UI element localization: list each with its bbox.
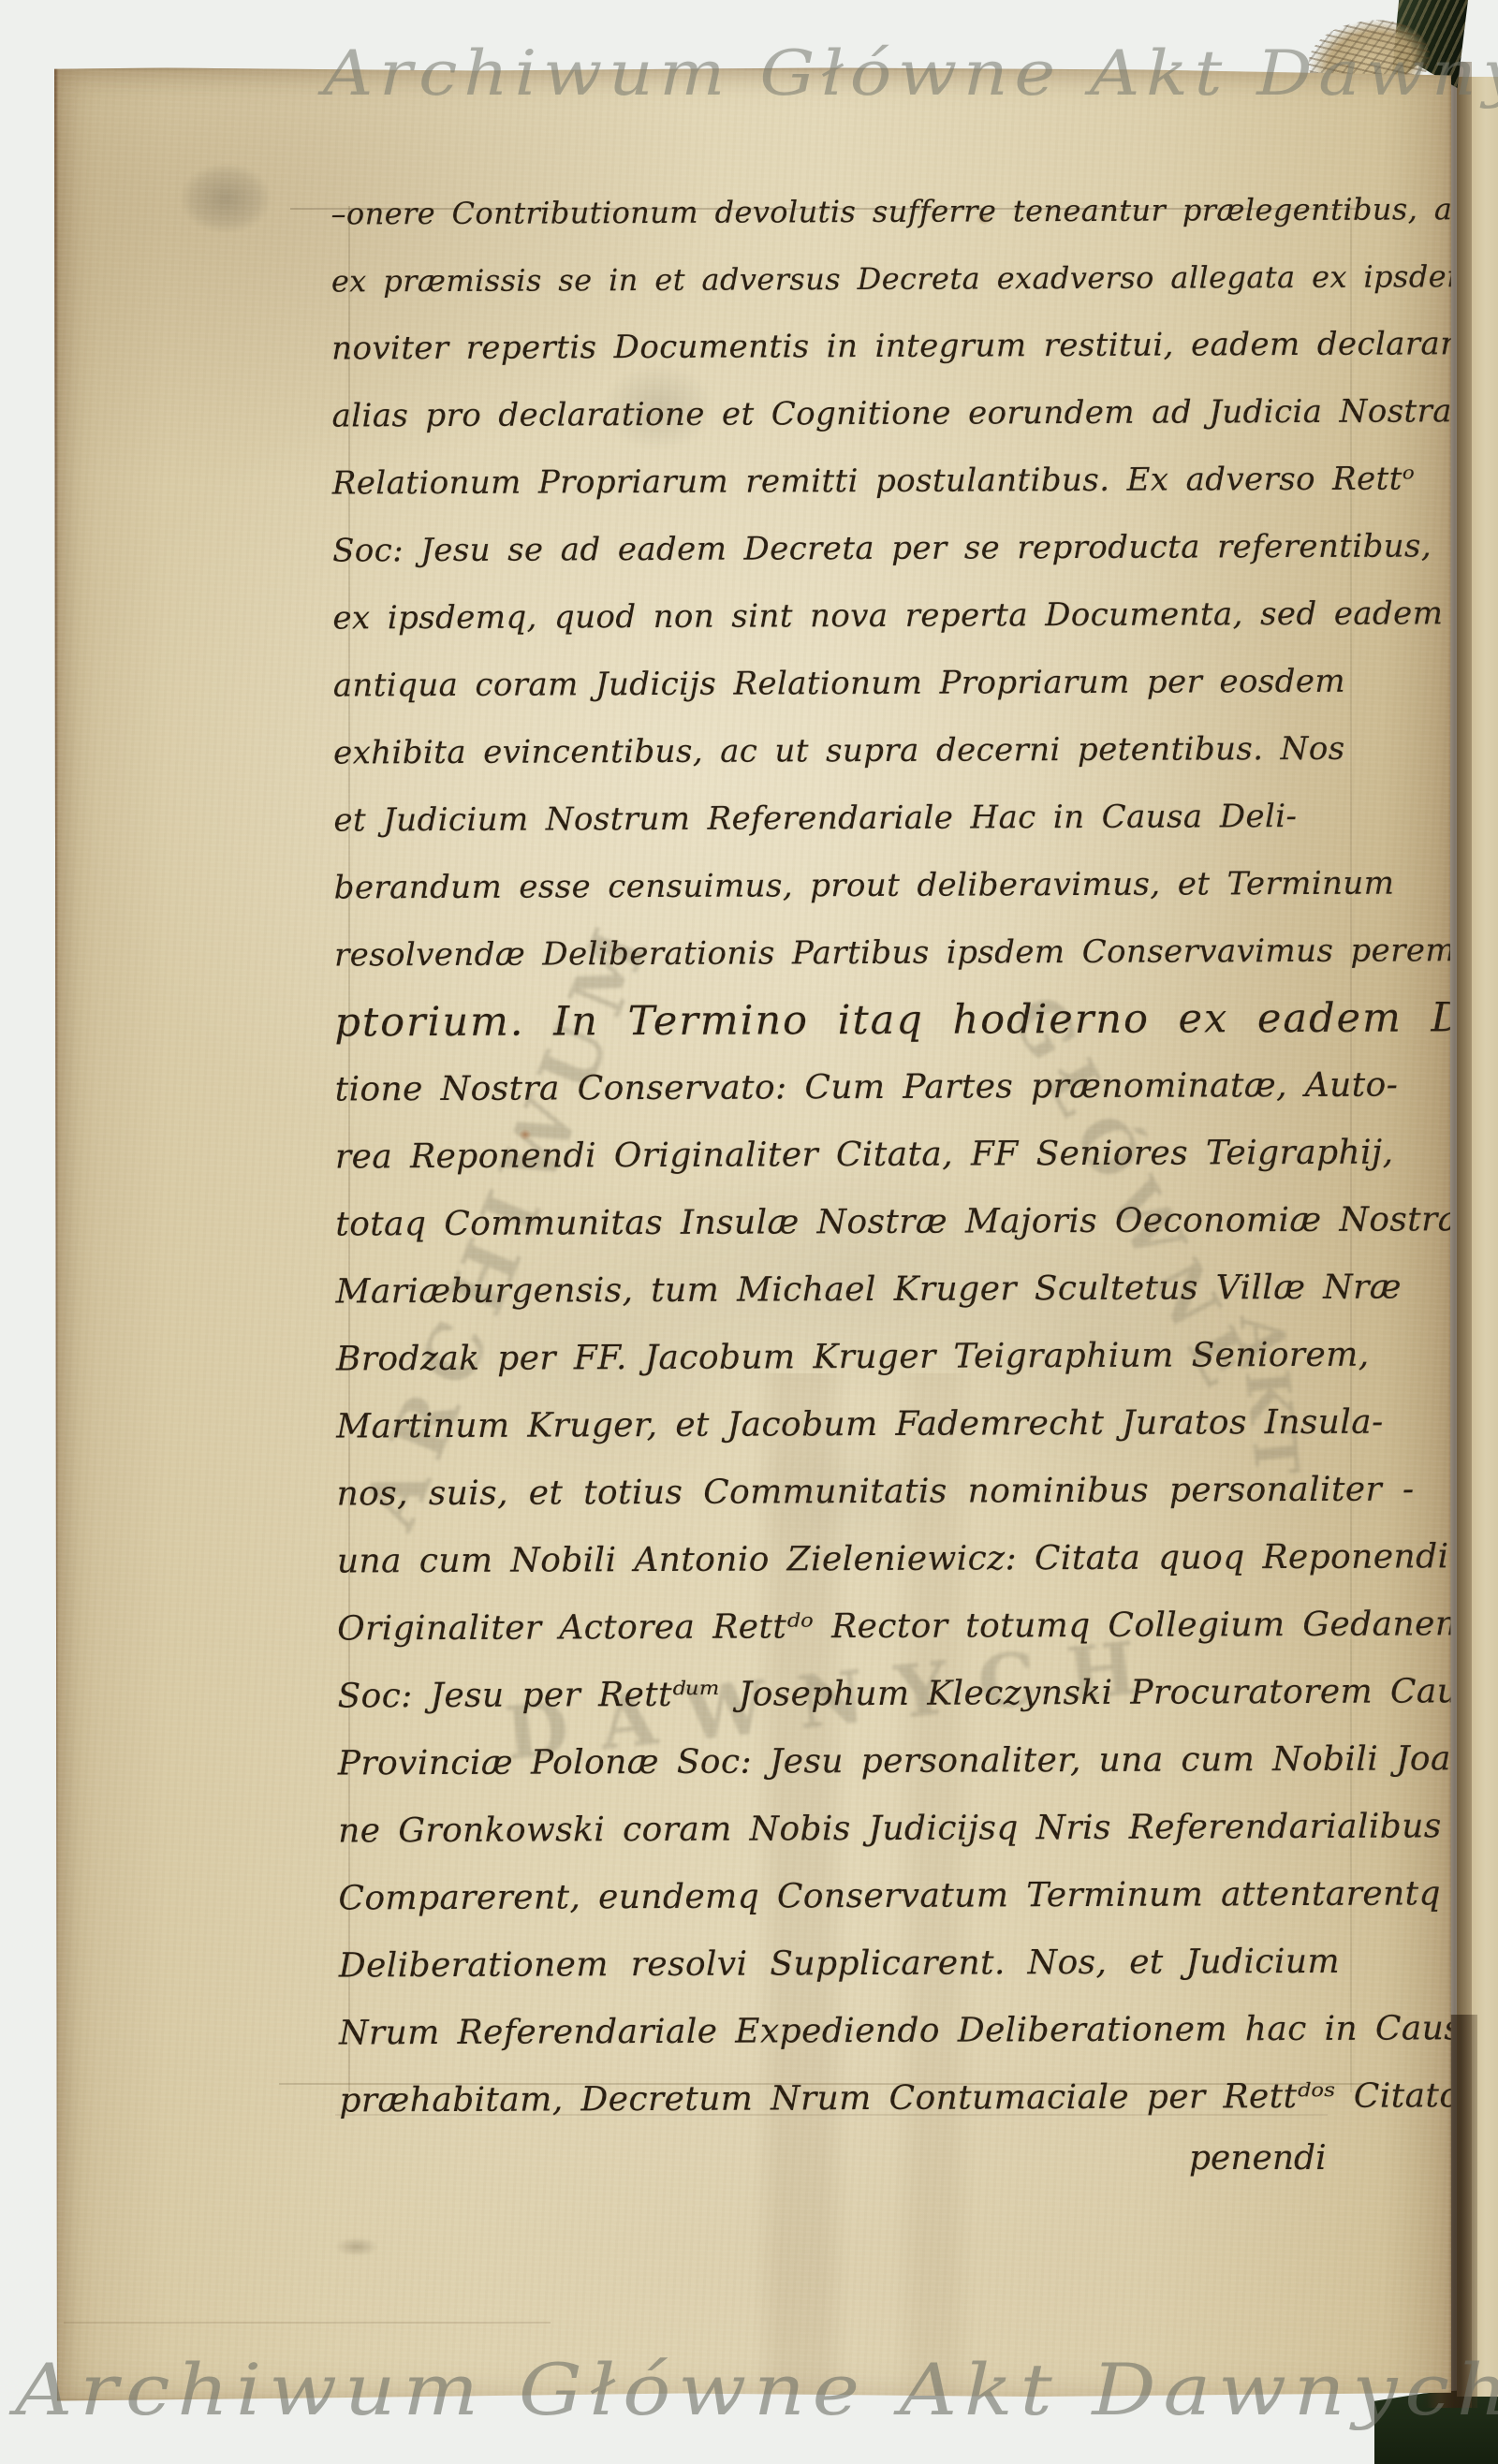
book-scan: ARCHIWUM GŁÓWNE AKT DAWNYCH –onere Contr… [0, 0, 1498, 2464]
manuscript-line: Mariæburgensis, tum Michael Kruger Scult… [335, 1254, 1403, 1327]
manuscript-line: totaq Communitas Insulæ Nostræ Majoris O… [335, 1187, 1403, 1259]
manuscript-line: ptorium. In Termino itaq hodierno ex ead… [334, 985, 1402, 1057]
manuscript-line: tione Nostra Conservato: Cum Partes præn… [335, 1052, 1403, 1124]
manuscript-line: alias pro declaratione et Cognitione eor… [331, 378, 1399, 450]
manuscript-line: resolvendæ Deliberationis Partibus ipsde… [334, 917, 1402, 990]
manuscript-line: ne Gronkowski coram Nobis Judicijsq Nris… [338, 1794, 1405, 1866]
manuscript-line: berandum esse censuimus, prout deliberav… [334, 850, 1402, 922]
manuscript-line: exhibita evincentibus, ac ut supra decer… [333, 715, 1401, 787]
manuscript-line: Brodzak per FF. Jacobum Kruger Teigraphi… [336, 1322, 1403, 1394]
manuscript-line: rea Reponendi Originaliter Citata, FF Se… [335, 1120, 1403, 1192]
manuscript-line: Soc: Jesu per Rettᵈᵘᵐ Josephum Kleczynsk… [337, 1659, 1404, 1731]
manuscript-line: Nrum Referendariale Expediendo Deliberat… [339, 1996, 1406, 2068]
manuscript-line: præhabitam, Decretum Nrum Contumaciale p… [339, 2063, 1406, 2135]
manuscript-line: ex ipsdemq, quod non sint nova reperta D… [332, 580, 1400, 653]
foxing-spot [335, 2237, 378, 2256]
manuscript-line: una cum Nobili Antonio Zieleniewicz: Cit… [337, 1524, 1404, 1596]
manuscript-line: et Judicium Nostrum Referendariale Hac i… [333, 783, 1401, 855]
manuscript-line: Martinum Kruger, et Jacobum Fademrecht J… [336, 1389, 1403, 1461]
manuscript-line: –onere Contributionum devolutis sufferre… [330, 176, 1398, 248]
manuscript-page: ARCHIWUM GŁÓWNE AKT DAWNYCH –onere Contr… [54, 66, 1451, 2403]
manuscript-line: Provinciæ Polonæ Soc: Jesu personaliter,… [338, 1726, 1405, 1798]
manuscript-line: nos, suis, et totius Communitatis nomini… [336, 1457, 1403, 1529]
manuscript-line: antiqua coram Judicijs Relationum Propri… [333, 648, 1401, 720]
paper-crease [64, 2322, 551, 2324]
manuscript-line: ex præmissis se in et adversus Decreta e… [331, 243, 1399, 315]
manuscript-line: Originaliter Actorea Rettᵈᵒ Rector totum… [337, 1591, 1404, 1664]
manuscript-line: Comparerent, eundemq Conservatum Terminu… [338, 1861, 1405, 1933]
catchword: penendi [1189, 2125, 1327, 2193]
manuscript-line: Soc: Jesu se ad eadem Decreta per se rep… [332, 513, 1400, 585]
manuscript-text-block: –onere Contributionum devolutis sufferre… [330, 176, 1406, 2135]
ink-smudge-stain [165, 152, 286, 245]
manuscript-line: noviter repertis Documentis in integrum … [331, 311, 1399, 383]
manuscript-line: Relationum Propriarum remitti postulanti… [332, 446, 1400, 518]
manuscript-line: Deliberationem resolvi Supplicarent. Nos… [339, 1929, 1406, 2001]
